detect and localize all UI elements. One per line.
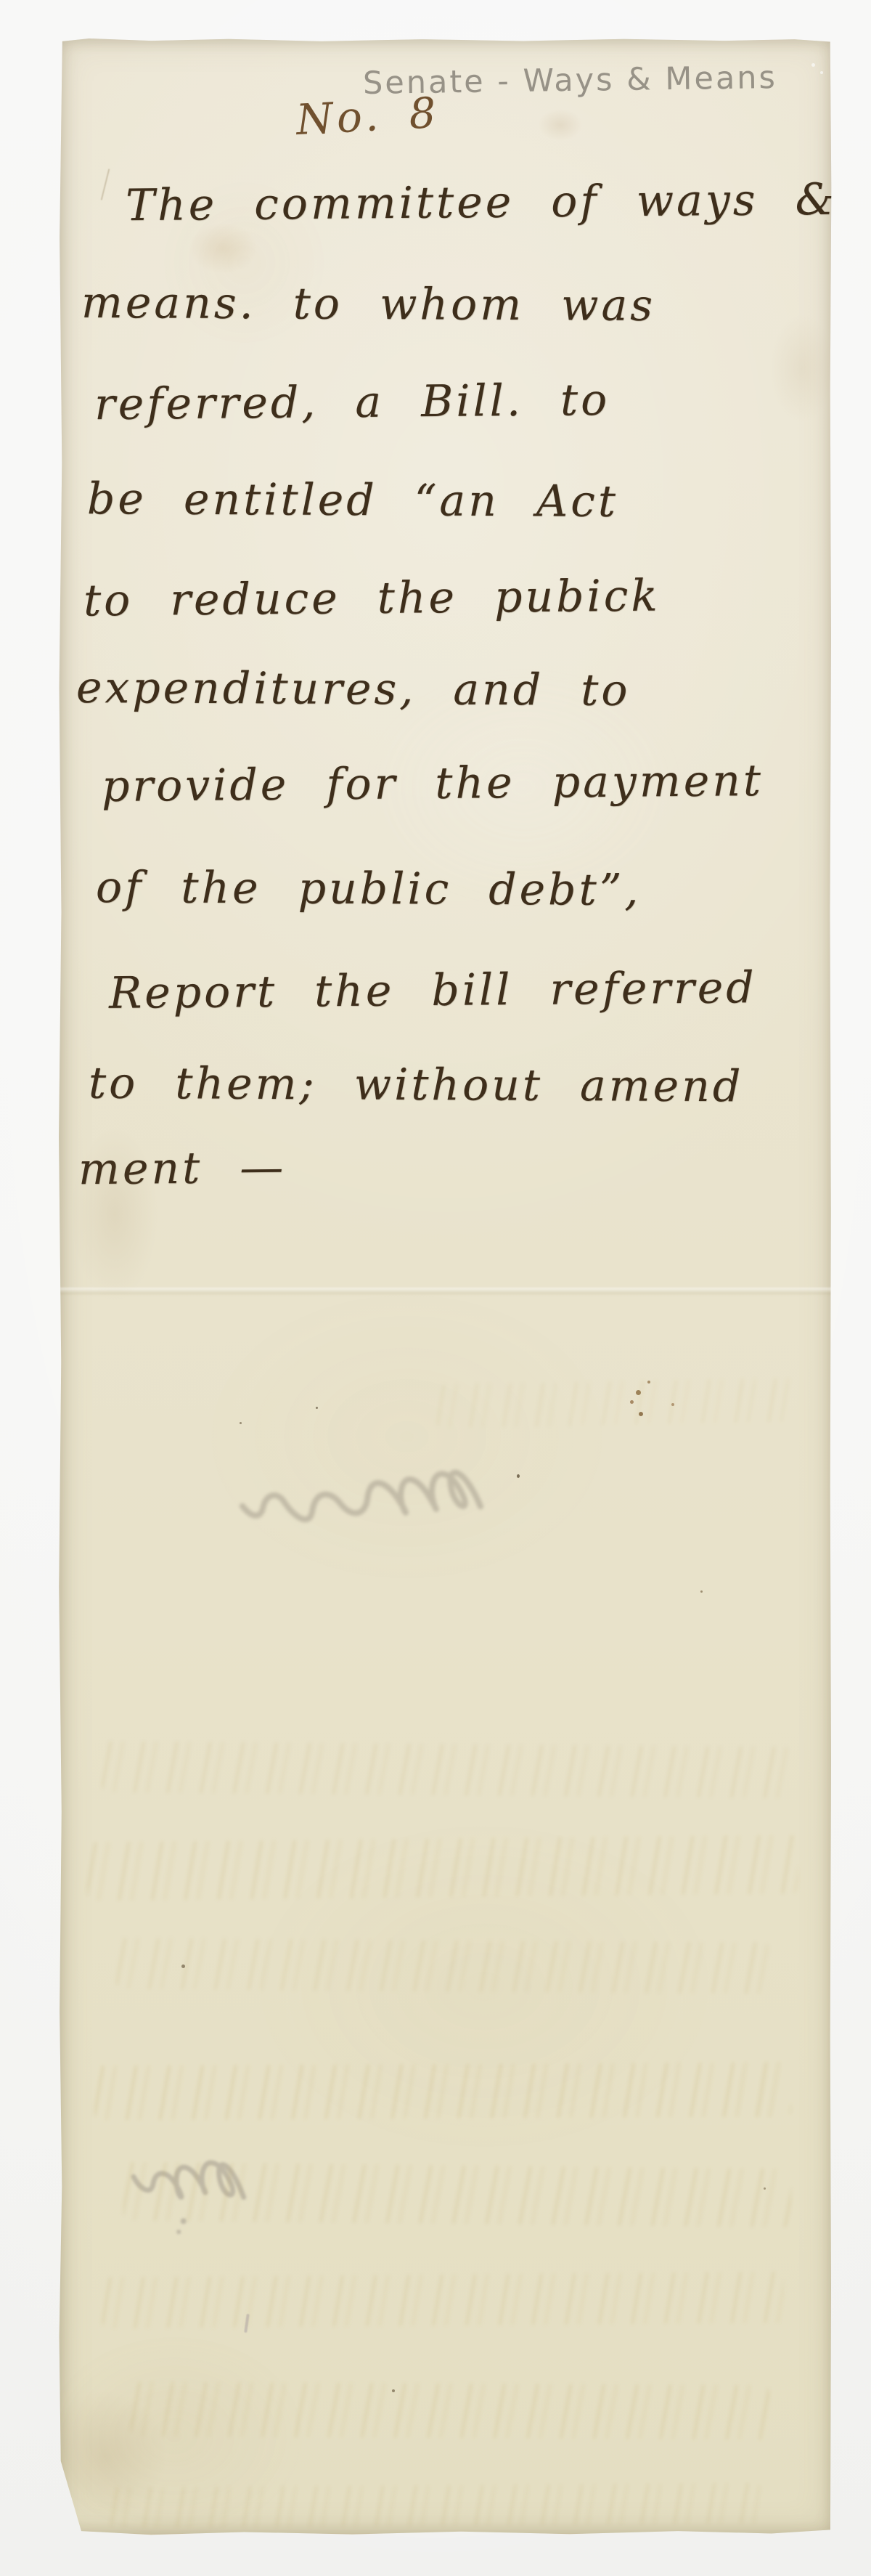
- manuscript-line: referred, a Bill. to: [94, 375, 610, 430]
- rust-speck: [639, 1412, 643, 1416]
- ink-speck: [240, 1422, 242, 1424]
- ink-speck: [316, 1407, 318, 1409]
- manuscript-line: means. to whom was: [81, 277, 655, 331]
- manuscript-line: The committee of ways &: [126, 174, 838, 232]
- manuscript-line: to them; without amend: [89, 1058, 744, 1113]
- manuscript-line: provide for the payment: [102, 755, 764, 812]
- pinhole: [820, 71, 823, 74]
- manuscript-line: ment —: [78, 1142, 287, 1195]
- ink-speck: [517, 1474, 520, 1478]
- manuscript-line: expenditures, and to: [76, 662, 631, 716]
- rust-speck: [671, 1403, 674, 1406]
- manuscript-line: Report the bill referred: [109, 962, 757, 1019]
- manuscript-line: be entitled “an Act: [87, 474, 618, 527]
- manuscript-body: The committee of ways & means. to whom w…: [58, 38, 833, 2536]
- ink-speck: [764, 2187, 766, 2190]
- manuscript-page: Senate - Ways & Means No. 8 The committe…: [58, 38, 833, 2536]
- rust-speck: [636, 1390, 641, 1395]
- ink-speck: [392, 2389, 395, 2392]
- ink-speck: [181, 1964, 185, 1968]
- manuscript-line: of the public debt”,: [96, 862, 642, 916]
- rust-speck: [647, 1381, 650, 1384]
- pinhole: [811, 63, 815, 67]
- ink-speck: [700, 1590, 703, 1593]
- scanned-manuscript-screenshot: { "page_background": "#f6f6f4", "colors"…: [0, 0, 871, 2576]
- manuscript-line: to reduce the pubick: [83, 571, 661, 627]
- rust-speck: [630, 1400, 634, 1404]
